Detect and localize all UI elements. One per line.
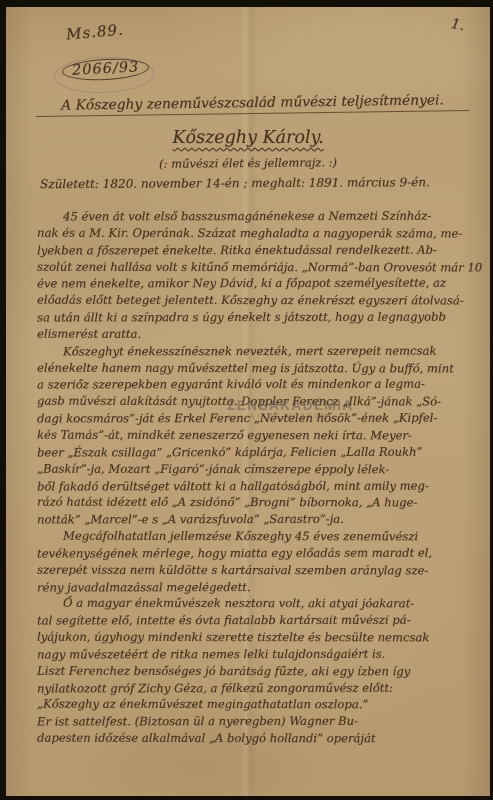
manuscript-paper: Ms.89. 2066/93 1. A Kőszeghy zeneművészc… [6, 7, 490, 796]
manuscript-line: 45 éven át volt első basszusmagánénekese… [37, 208, 469, 226]
manuscript-body: 45 éven át volt első basszusmagánénekese… [37, 208, 469, 747]
manuscript-line: szerepét vissza nem küldötte s kartársai… [37, 561, 469, 579]
subtitle: (: művészi élet és jellemrajz. :) [6, 154, 490, 172]
manuscript-line: dapesten időzése alkalmával „A bolygó ho… [37, 730, 469, 748]
manuscript-line: Megcáfolhatatlan jellemzése Kőszeghy 45 … [37, 528, 469, 546]
manuscript-line: gasb művészi alakítását nyujtotta. Doppl… [37, 393, 469, 411]
manuscript-line: ből fakadó derültséget váltott ki a hall… [37, 477, 469, 495]
scanned-page: Ms.89. 2066/93 1. A Kőszeghy zeneművészc… [0, 0, 493, 800]
manuscript-line: nagy művészetéért de ritka nemes lelki t… [37, 645, 469, 663]
manuscript-line: rázó hatást idézett elő „A zsidónő” „Bro… [37, 494, 469, 512]
manuscript-line: Er ist sattelfest. (Biztosan ül a nyereg… [37, 713, 469, 731]
manuscript-line: „Baskír”-ja, Mozart „Figaró”-jának címsz… [37, 460, 469, 478]
manuscript-line: előadás előtt beteget jelentett. Kőszegh… [37, 292, 469, 310]
archive-mark: Ms.89. [65, 21, 124, 44]
manuscript-line: „Kőszeghy az énekművészet megingathatatl… [37, 696, 469, 714]
manuscript-line: nyilatkozott gróf Zichy Géza, a félkezű … [37, 679, 469, 697]
page-number: 1. [449, 16, 465, 34]
manuscript-line: Liszt Ferenchez bensőséges jó barátság f… [37, 662, 469, 680]
manuscript-line: rény javadalmazással megelégedett. [37, 578, 469, 596]
manuscript-line: a szeriőz szerepekben egyaránt kiváló vo… [37, 376, 469, 394]
manuscript-line: tevékenységének mérlege, hogy miatta egy… [37, 544, 469, 562]
manuscript-line: nak és a M. Kir. Operának. Százat meghal… [37, 224, 469, 242]
person-name-heading: Kőszeghy Károly. [6, 128, 490, 148]
manuscript-line: sa után állt ki a színpadra s úgy énekel… [37, 309, 469, 327]
manuscript-line: kés Tamás”-át, mindkét zeneszerző egyene… [37, 427, 469, 445]
manuscript-line: Kőszeghyt énekesszínésznek nevezték, mer… [37, 342, 469, 360]
manuscript-line: elénekelte hanem nagy művészettel meg is… [37, 359, 469, 377]
birth-death-dates: Született: 1820. november 14-én ; meghal… [40, 175, 480, 191]
manuscript-line: éve nem énekelte, amikor Ney Dávid, ki a… [37, 275, 469, 293]
manuscript-line: elismerést aratta. [37, 326, 469, 344]
manuscript-line: nották” „Marcel”-e s „A varázsfuvola” „S… [37, 511, 469, 529]
manuscript-line: Ő a magyar énekművészek nesztora volt, a… [37, 595, 469, 613]
manuscript-line: lyájukon, úgyhogy mindenki szerette tisz… [37, 629, 469, 647]
manuscript-line: szolút zenei hallása volt s kitűnő memór… [37, 258, 469, 276]
manuscript-line: beer „Észak csillaga” „Gricenkó” káplárj… [37, 443, 469, 461]
manuscript-line: lyekben a főszerepet énekelte. Ritka éne… [37, 241, 469, 259]
manuscript-line: dagi kocsmáros”-ját és Erkel Ferenc „Név… [37, 410, 469, 428]
manuscript-line: tal segítette elő, intette és óvta fiata… [37, 612, 469, 630]
document-title: A Kőszeghy zeneművészcsalád művészi telj… [36, 92, 469, 117]
person-name-text: Kőszeghy Károly. [172, 128, 323, 148]
